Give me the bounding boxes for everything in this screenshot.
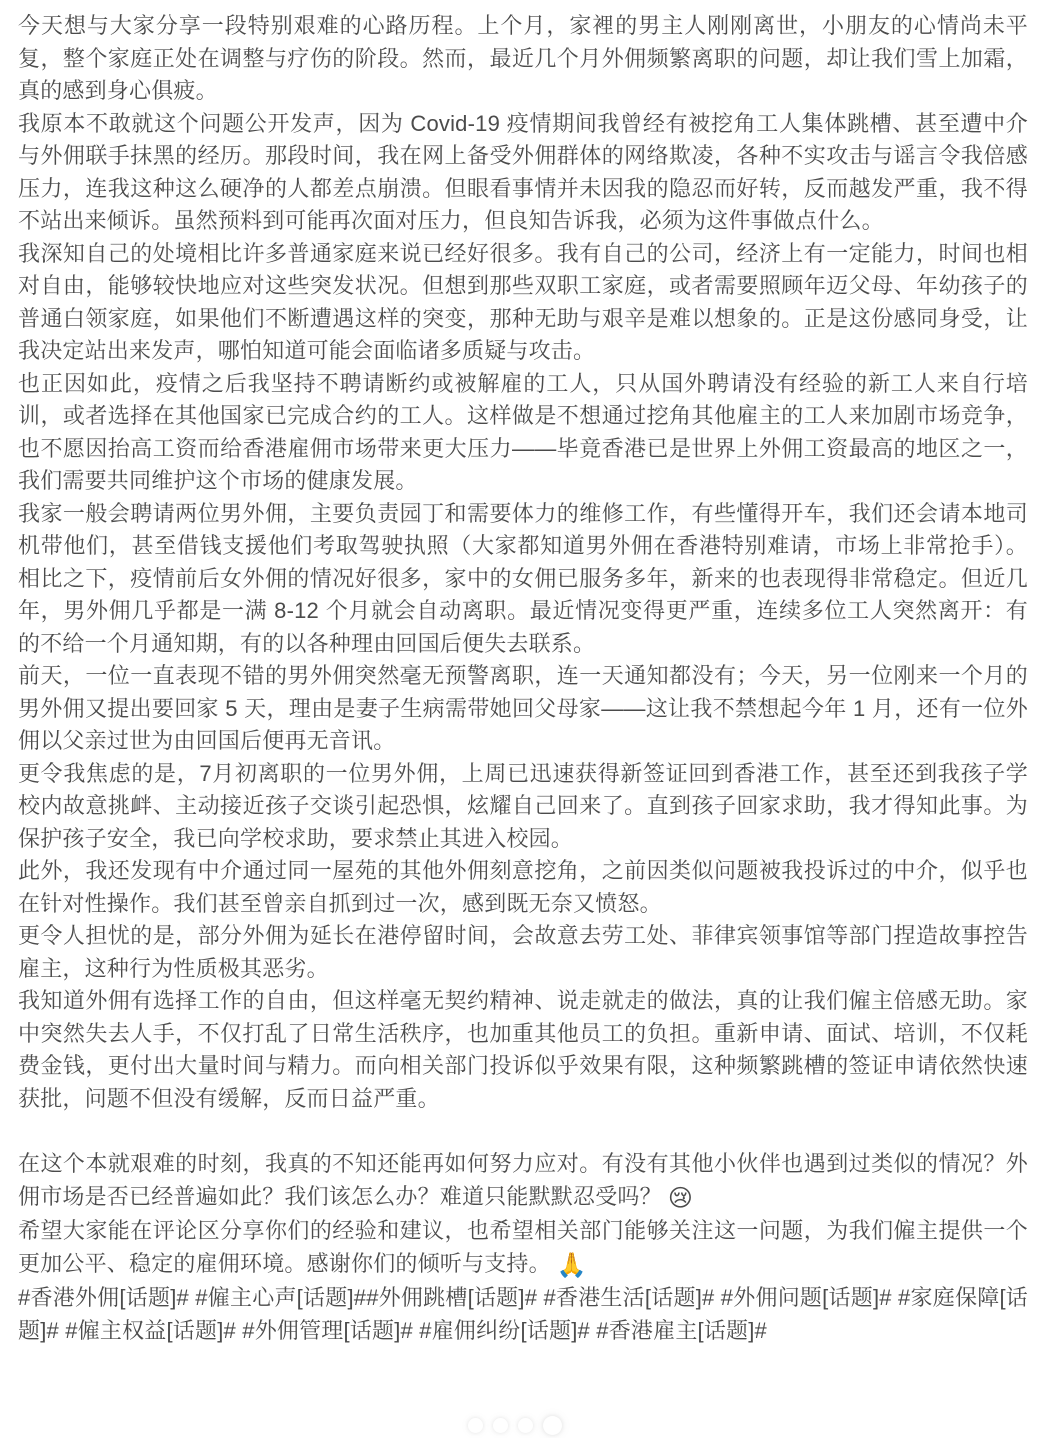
carousel-dot: [493, 1418, 508, 1433]
post-paragraph: 希望大家能在评论区分享你们的经验和建议，也希望相关部门能够关注这一问题，为我们僱…: [18, 1215, 1028, 1282]
post-body: 今天想与大家分享一段特别艰难的心路历程。上个月，家裡的男主人刚刚离世，小朋友的心…: [18, 10, 1028, 1347]
folded-hands-emoji: 🙏: [557, 1252, 587, 1279]
post-paragraph: 今天想与大家分享一段特别艰难的心路历程。上个月，家裡的男主人刚刚离世，小朋友的心…: [18, 10, 1028, 108]
post-paragraph: 此外，我还发现有中介通过同一屋苑的其他外佣刻意挖角，之前因类似问题被我投诉过的中…: [18, 855, 1028, 920]
paragraph-text: 希望大家能在评论区分享你们的经验和建议，也希望相关部门能够关注这一问题，为我们僱…: [18, 1218, 1028, 1276]
carousel-dot: [518, 1418, 533, 1433]
carousel-dot: [543, 1416, 562, 1435]
carousel-dot: [468, 1418, 483, 1433]
post-screenshot: 今天想与大家分享一段特别艰难的心路历程。上个月，家裡的男主人刚刚离世，小朋友的心…: [0, 0, 1040, 1438]
post-paragraph: 也正因如此，疫情之后我坚持不聘请断约或被解雇的工人，只从国外聘请没有经验的新工人…: [18, 368, 1028, 498]
post-paragraph: 更令我焦虑的是，7月初离职的一位男外佣，上周已迅速获得新签证回到香港工作，甚至还…: [18, 758, 1028, 856]
post-paragraph: 前天，一位一直表现不错的男外佣突然毫无预警离职，连一天通知都没有；今天，另一位刚…: [18, 660, 1028, 758]
carousel-pagination: [468, 1412, 562, 1438]
crying-face-emoji: 😢: [668, 1185, 693, 1212]
post-paragraph: 更令人担忧的是，部分外佣为延长在港停留时间，会故意去劳工处、菲律宾领事馆等部门捏…: [18, 920, 1028, 985]
post-paragraph: 我原本不敢就这个问题公开发声，因为 Covid-19 疫情期间我曾经有被挖角工人…: [18, 108, 1028, 238]
post-paragraph: 我深知自己的处境相比许多普通家庭来说已经好很多。我有自己的公司，经济上有一定能力…: [18, 238, 1028, 368]
post-paragraph: 我知道外佣有选择工作的自由，但这样毫无契约精神、说走就走的做法，真的让我们僱主倍…: [18, 985, 1028, 1115]
post-paragraph: 我家一般会聘请两位男外佣，主要负责园丁和需要体力的维修工作，有些懂得开车，我们还…: [18, 498, 1028, 661]
post-paragraph: 在这个本就艰难的时刻，我真的不知还能再如何努力应对。有没有其他小伙伴也遇到过类似…: [18, 1148, 1028, 1215]
hashtags-line[interactable]: #香港外佣[话题]# #僱主心声[话题]##外佣跳槽[话题]# #香港生活[话题…: [18, 1282, 1028, 1347]
paragraph-text: 在这个本就艰难的时刻，我真的不知还能再如何努力应对。有没有其他小伙伴也遇到过类似…: [18, 1151, 1028, 1209]
